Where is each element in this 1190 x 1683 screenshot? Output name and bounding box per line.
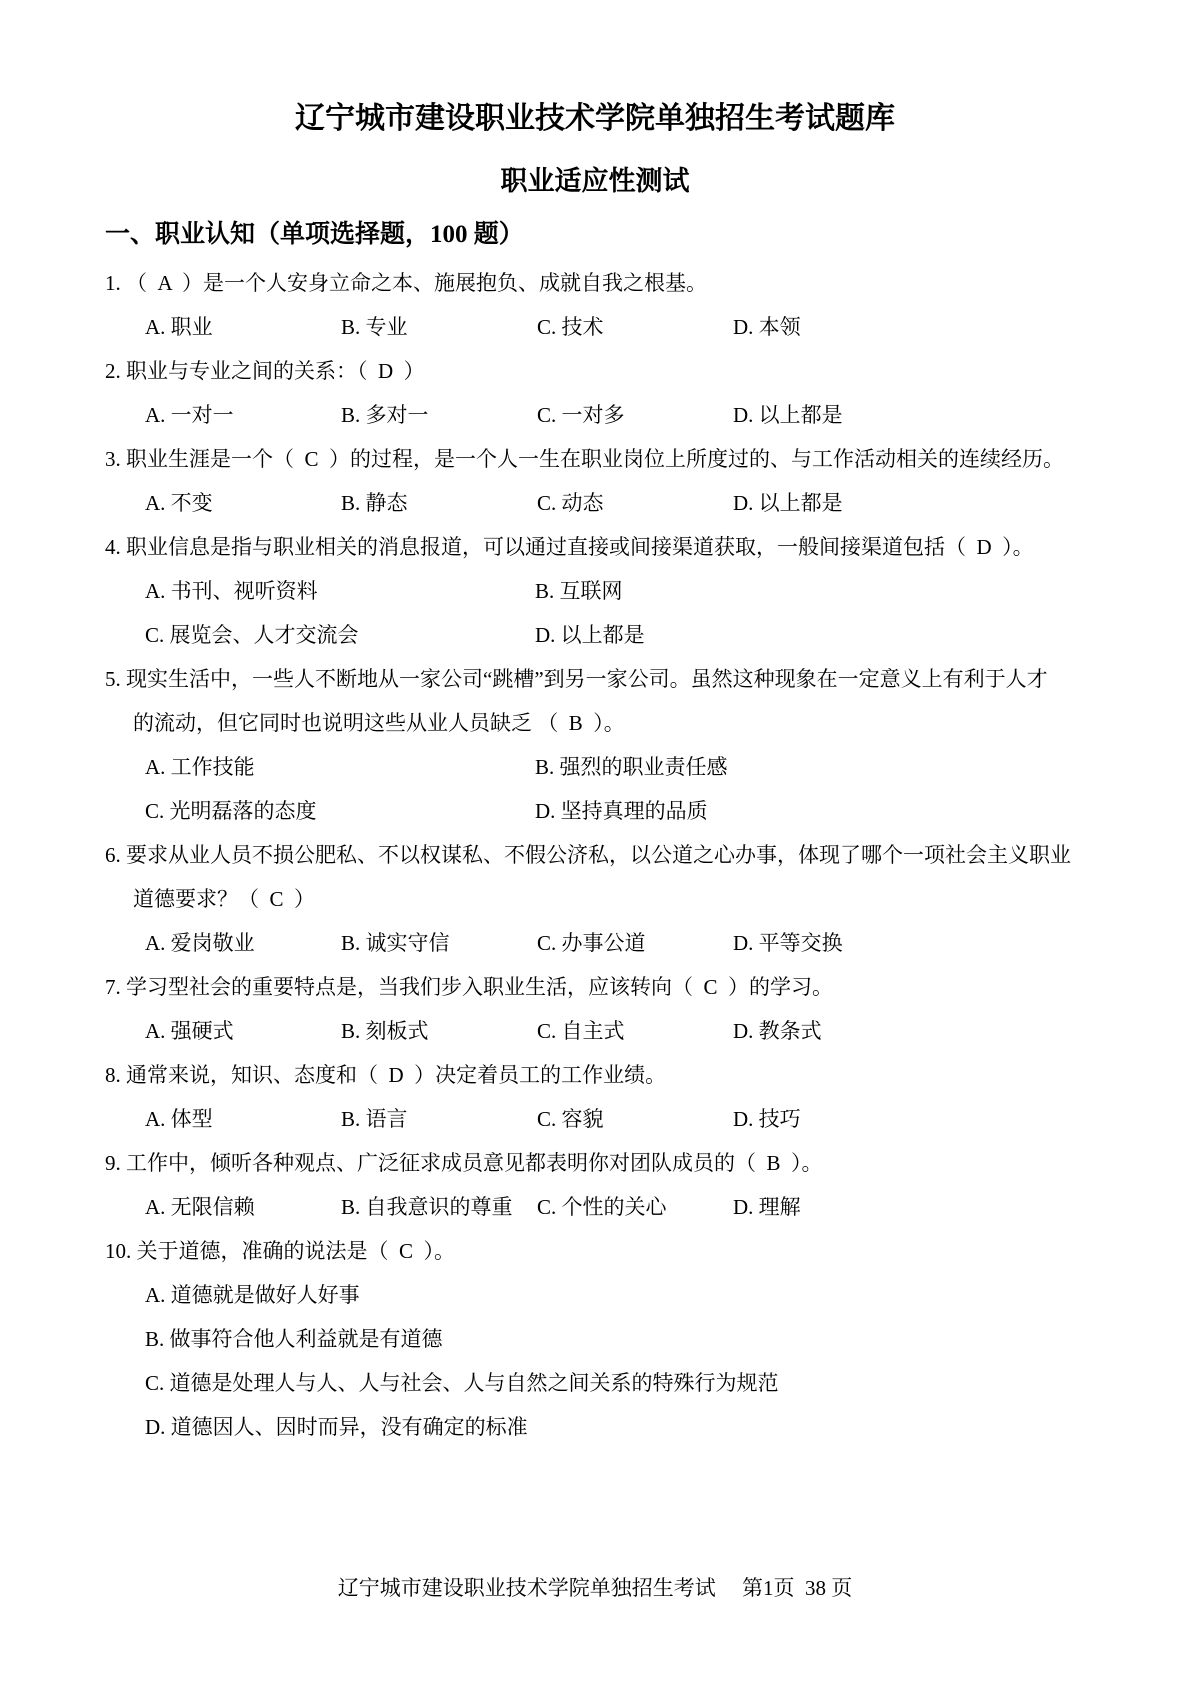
option-item: C. 办事公道 (537, 921, 733, 965)
page-title: 辽宁城市建设职业技术学院单独招生考试题库 (0, 0, 1190, 137)
option-item: D. 平等交换 (733, 921, 843, 965)
option-row: C. 光明磊落的态度 D. 坚持真理的品质 (0, 789, 1190, 833)
option-item: B. 做事符合他人利益就是有道德 (0, 1317, 1190, 1361)
option-item: A. 职业 (145, 305, 341, 349)
question-text: 8. 通常来说，知识、态度和（ D ）决定着员工的工作业绩。 (0, 1053, 1190, 1097)
option-row: A. 爱岗敬业 B. 诚实守信 C. 办事公道 D. 平等交换 (0, 921, 1190, 965)
option-item: B. 强烈的职业责任感 (535, 745, 728, 789)
option-item: B. 多对一 (341, 393, 537, 437)
section-heading: 一、职业认知（单项选择题，100 题） (0, 219, 1190, 251)
question-text: 3. 职业生涯是一个（ C ）的过程，是一个人一生在职业岗位上所度过的、与工作活… (0, 437, 1190, 481)
question-text: 9. 工作中，倾听各种观点、广泛征求成员意见都表明你对团队成员的（ B ）。 (0, 1141, 1190, 1185)
document-page: 辽宁城市建设职业技术学院单独招生考试题库 职业适应性测试 一、职业认知（单项选择… (0, 0, 1190, 1683)
option-item: D. 教条式 (733, 1009, 822, 1053)
option-row: A. 一对一 B. 多对一 C. 一对多 D. 以上都是 (0, 393, 1190, 437)
option-item: D. 坚持真理的品质 (535, 789, 708, 833)
question-text: 5. 现实生活中，一些人不断地从一家公司“跳槽”到另一家公司。虽然这种现象在一定… (0, 657, 1190, 701)
question-list: 1. （ A ）是一个人安身立命之本、施展抱负、成就自我之根基。 A. 职业 B… (0, 261, 1190, 1449)
page-subtitle: 职业适应性测试 (0, 165, 1190, 197)
option-item: C. 个性的关心 (537, 1185, 733, 1229)
option-item: A. 工作技能 (145, 745, 535, 789)
option-item: B. 静态 (341, 481, 537, 525)
option-item: A. 道德就是做好人好事 (0, 1273, 1190, 1317)
option-item: D. 理解 (733, 1185, 801, 1229)
option-item: B. 互联网 (535, 569, 623, 613)
option-row: A. 强硬式 B. 刻板式 C. 自主式 D. 教条式 (0, 1009, 1190, 1053)
option-row: A. 书刊、视听资料 B. 互联网 (0, 569, 1190, 613)
option-item: D. 以上都是 (733, 393, 843, 437)
question-text: 10. 关于道德，准确的说法是（ C ）。 (0, 1229, 1190, 1273)
option-item: C. 展览会、人才交流会 (145, 613, 535, 657)
option-item: C. 一对多 (537, 393, 733, 437)
option-item: C. 光明磊落的态度 (145, 789, 535, 833)
option-item: C. 技术 (537, 305, 733, 349)
option-item: A. 书刊、视听资料 (145, 569, 535, 613)
option-item: A. 不变 (145, 481, 341, 525)
option-row: A. 无限信赖 B. 自我意识的尊重 C. 个性的关心 D. 理解 (0, 1185, 1190, 1229)
option-item: A. 一对一 (145, 393, 341, 437)
page-footer: 辽宁城市建设职业技术学院单独招生考试 第1页 38 页 (0, 1572, 1190, 1602)
question-text: 2. 职业与专业之间的关系：（ D ） (0, 349, 1190, 393)
option-item: A. 强硬式 (145, 1009, 341, 1053)
option-item: D. 本领 (733, 305, 801, 349)
option-item: B. 刻板式 (341, 1009, 537, 1053)
option-item: B. 诚实守信 (341, 921, 537, 965)
option-item: C. 自主式 (537, 1009, 733, 1053)
option-item: C. 动态 (537, 481, 733, 525)
question-text: 4. 职业信息是指与职业相关的消息报道，可以通过直接或间接渠道获取，一般间接渠道… (0, 525, 1190, 569)
option-item: A. 无限信赖 (145, 1185, 341, 1229)
option-item: D. 技巧 (733, 1097, 801, 1141)
option-item: B. 语言 (341, 1097, 537, 1141)
option-item: D. 以上都是 (733, 481, 843, 525)
question-text: 6. 要求从业人员不损公肥私、不以权谋私、不假公济私，以公道之心办事，体现了哪个… (0, 833, 1190, 877)
option-row: A. 不变 B. 静态 C. 动态 D. 以上都是 (0, 481, 1190, 525)
option-item: C. 容貌 (537, 1097, 733, 1141)
question-text: 1. （ A ）是一个人安身立命之本、施展抱负、成就自我之根基。 (0, 261, 1190, 305)
option-item: A. 爱岗敬业 (145, 921, 341, 965)
option-row: C. 展览会、人才交流会 D. 以上都是 (0, 613, 1190, 657)
question-text-continued: 的流动，但它同时也说明这些从业人员缺乏 （ B ）。 (0, 701, 1190, 745)
question-text: 7. 学习型社会的重要特点是，当我们步入职业生活，应该转向（ C ）的学习。 (0, 965, 1190, 1009)
option-row: A. 体型 B. 语言 C. 容貌 D. 技巧 (0, 1097, 1190, 1141)
option-item: A. 体型 (145, 1097, 341, 1141)
option-item: C. 道德是处理人与人、人与社会、人与自然之间关系的特殊行为规范 (0, 1361, 1190, 1405)
option-row: A. 职业 B. 专业 C. 技术 D. 本领 (0, 305, 1190, 349)
option-row: A. 工作技能 B. 强烈的职业责任感 (0, 745, 1190, 789)
option-item: D. 道德因人、因时而异，没有确定的标准 (0, 1405, 1190, 1449)
option-item: B. 专业 (341, 305, 537, 349)
option-item: B. 自我意识的尊重 (341, 1185, 537, 1229)
option-item: D. 以上都是 (535, 613, 645, 657)
question-text-continued: 道德要求？（ C ） (0, 877, 1190, 921)
